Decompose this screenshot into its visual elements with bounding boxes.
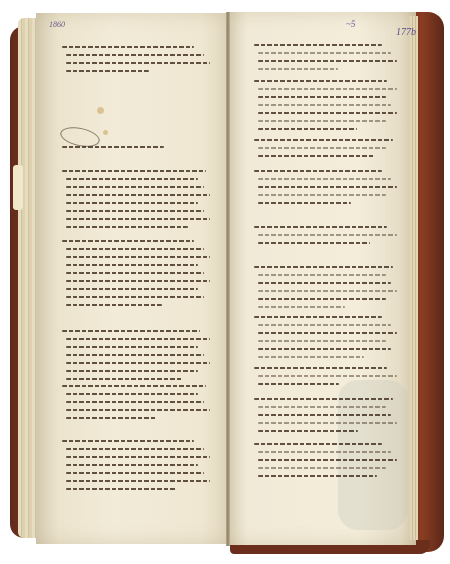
handwritten-entry [62,46,212,78]
script-line [258,340,386,342]
script-line [66,354,204,356]
script-line [258,422,397,424]
right-folio-number: 177b [396,27,416,38]
manuscript-photo: 1860 ~5 177b [0,0,450,564]
script-line [66,338,210,340]
script-line [258,467,386,469]
script-line [258,112,397,114]
script-line [66,370,198,372]
script-line [258,383,339,385]
script-line [258,128,357,130]
script-line [66,218,210,220]
handwritten-entry [254,170,399,210]
script-line [66,417,156,419]
script-line [66,456,210,458]
script-line [258,60,397,62]
script-line [66,186,204,188]
script-line [258,306,345,308]
script-line [66,480,210,482]
script-line [254,398,393,400]
script-line [66,210,204,212]
signature-mark: ~5 [346,19,355,29]
script-line [258,298,386,300]
script-line [254,367,387,369]
script-line [254,316,382,318]
script-line [66,62,210,64]
handwritten-entry [62,440,212,496]
script-line [254,44,382,46]
handwritten-entry [254,398,399,438]
script-line [66,288,198,290]
script-line [258,475,377,477]
script-line [258,155,375,157]
page-edges-right [410,16,418,540]
script-line [66,472,204,474]
script-line [254,266,393,268]
script-line [62,146,164,148]
script-line [66,393,198,395]
script-line [254,139,393,141]
script-line [66,70,149,72]
script-line [258,430,358,432]
handwritten-entry [254,226,399,250]
script-line [62,385,206,387]
script-line [66,226,188,228]
script-line [258,282,391,284]
script-line [254,170,382,172]
script-line [258,147,386,149]
script-line [258,120,386,122]
script-line [66,464,198,466]
handwritten-entry [62,170,212,234]
script-line [66,448,204,450]
script-line [258,348,391,350]
handwritten-entry [62,146,212,154]
handwritten-entry [62,385,212,425]
script-line [62,46,194,48]
script-line [66,280,210,282]
script-line [258,178,391,180]
script-line [66,346,198,348]
script-line [66,409,210,411]
script-line [258,451,391,453]
handwritten-entry [62,240,212,312]
script-line [66,488,176,490]
script-line [258,459,397,461]
script-line [258,375,397,377]
script-line [66,296,204,298]
handwritten-entry [254,80,399,136]
script-line [258,356,364,358]
script-line [258,414,391,416]
script-line [66,54,204,56]
script-line [66,401,204,403]
script-line [254,443,382,445]
handwritten-entry [62,330,212,386]
script-line [66,362,210,364]
script-line [66,202,198,204]
handwritten-entry [254,367,399,391]
script-line [66,256,210,258]
script-line [258,274,386,276]
handwritten-entry [254,139,399,163]
handwritten-entry [254,266,399,314]
script-line [254,226,387,228]
script-line [66,264,198,266]
paper-tab [13,165,23,210]
script-line [258,332,397,334]
script-line [62,170,206,172]
script-line [254,80,387,82]
script-line [258,104,391,106]
script-line [66,248,204,250]
left-folio-number: 1860 [49,20,65,29]
script-line [62,440,194,442]
script-line [258,234,397,236]
script-line [66,178,198,180]
handwritten-entry [254,316,399,364]
stain [103,130,108,135]
script-line [66,304,162,306]
script-line [258,290,397,292]
script-line [258,242,370,244]
handwritten-entry [254,443,399,483]
script-line [258,52,391,54]
script-line [258,194,386,196]
script-line [258,88,397,90]
script-line [62,330,200,332]
script-line [258,324,391,326]
gutter [226,12,230,546]
script-line [258,186,397,188]
script-line [258,96,386,98]
script-line [258,202,351,204]
script-line [258,406,386,408]
script-line [62,240,194,242]
script-line [66,194,210,196]
script-line [258,68,338,70]
handwritten-entry [254,44,399,76]
stain [97,107,104,114]
script-line [66,378,182,380]
script-line [66,272,204,274]
